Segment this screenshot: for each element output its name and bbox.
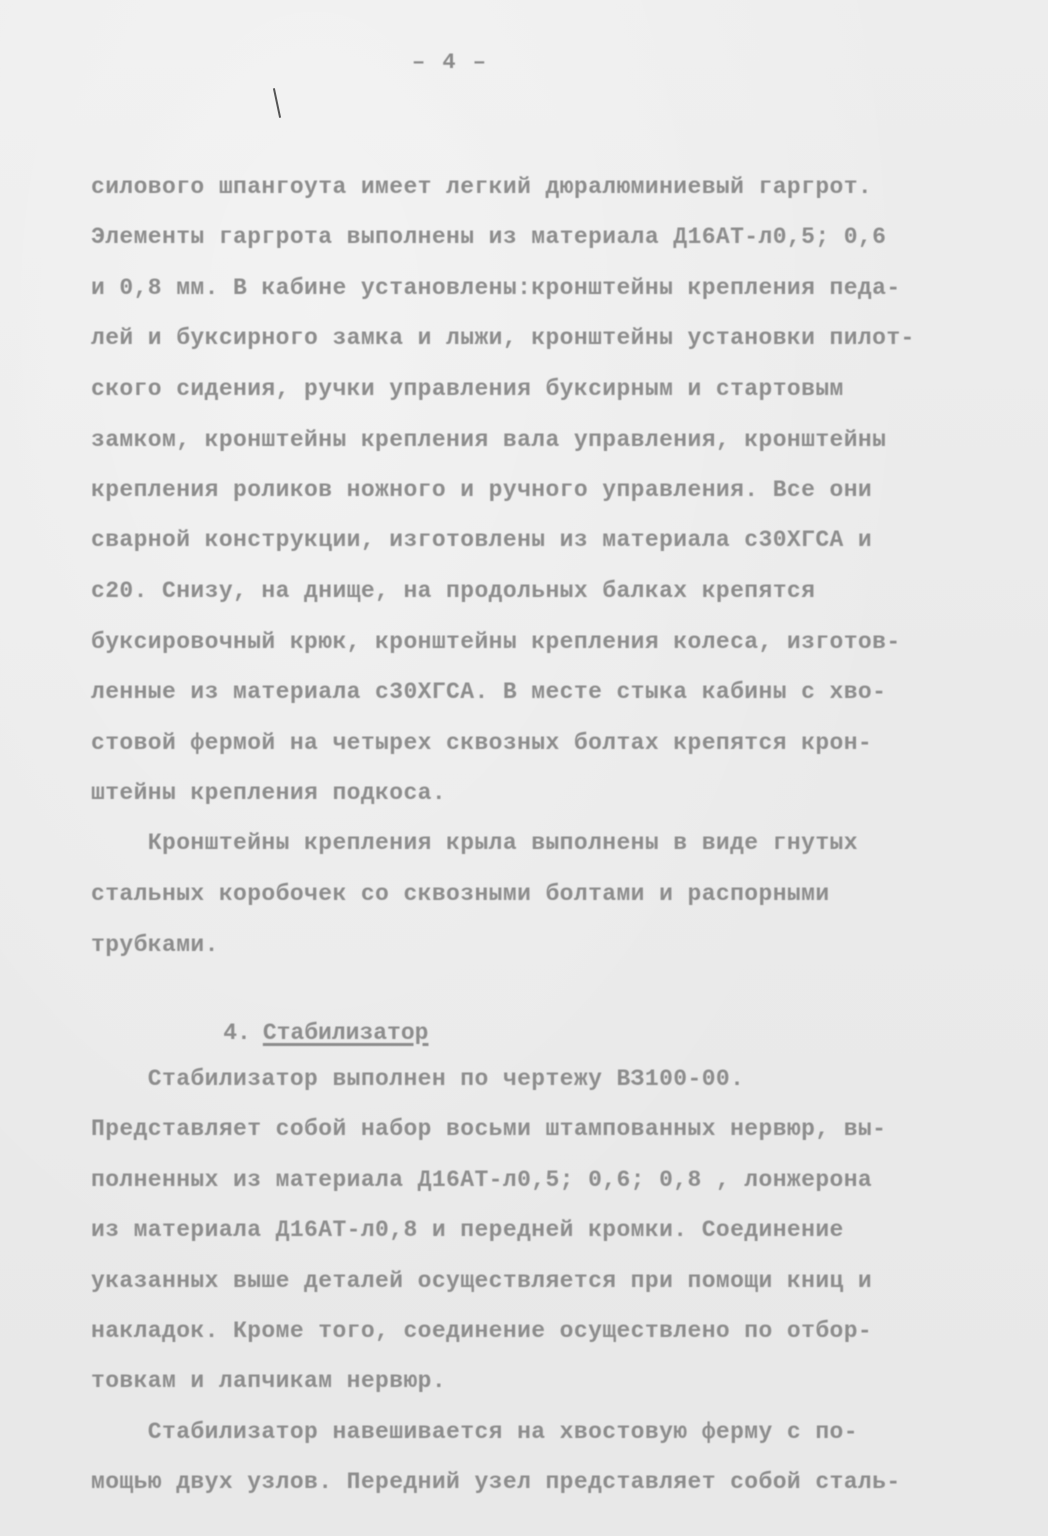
text-line: трубками. (91, 930, 219, 960)
text-line: ленные из материала с30ХГСА. В месте сты… (91, 677, 886, 707)
text-line: накладок. Кроме того, соединение осущест… (91, 1316, 872, 1346)
text-line: Кронштейны крепления крыла выполнены в в… (91, 828, 858, 858)
section-title: Стабилизатор (263, 1020, 429, 1046)
text-line: сварной конструкции, изготовлены из мате… (91, 525, 872, 555)
text-line: с20. Снизу, на днище, на продольных балк… (91, 576, 815, 606)
text-line: Стабилизатор выполнен по чертежу ВЗ100-0… (91, 1064, 744, 1094)
text-line: полненных из материала Д16АТ-л0,5; 0,6; … (91, 1165, 872, 1195)
text-line: указанных выше деталей осуществляется пр… (91, 1266, 872, 1296)
text-line: товкам и лапчикам нервюр. (91, 1366, 446, 1396)
page-number: – 4 – (400, 50, 500, 75)
text-line: стовой фермой на четырех сквозных болтах… (91, 728, 872, 758)
scanned-page: – 4 – силового шпангоута имеет легкий дю… (0, 0, 1048, 1536)
text-line: из материала Д16АТ-л0,8 и передней кромк… (91, 1215, 844, 1245)
text-line: буксировочный крюк, кронштейны крепления… (91, 627, 901, 657)
text-line: мощью двух узлов. Передний узел представ… (91, 1467, 901, 1497)
text-line: Элементы гаргрота выполнены из материала… (91, 222, 886, 252)
text-line: Представляет собой набор восьми штампова… (91, 1114, 886, 1144)
text-line: силового шпангоута имеет легкий дюралюми… (91, 172, 872, 202)
text-line: лей и буксирного замка и лыжи, кронштейн… (91, 323, 915, 353)
text-line: Стабилизатор навешивается на хвостовую ф… (91, 1417, 858, 1447)
text-line: крепления роликов ножного и ручного упра… (91, 475, 872, 505)
text-line: стальных коробочек со сквозными болтами … (91, 879, 830, 909)
section-number: 4. (223, 1020, 251, 1046)
text-line: ского сидения, ручки управления буксирны… (91, 374, 844, 404)
pen-mark (273, 88, 281, 118)
text-line: штейны крепления подкоса. (91, 778, 446, 808)
text-line: замком, кронштейны крепления вала управл… (91, 425, 886, 455)
text-line: и 0,8 мм. В кабине установлены:кронштейн… (91, 273, 901, 303)
